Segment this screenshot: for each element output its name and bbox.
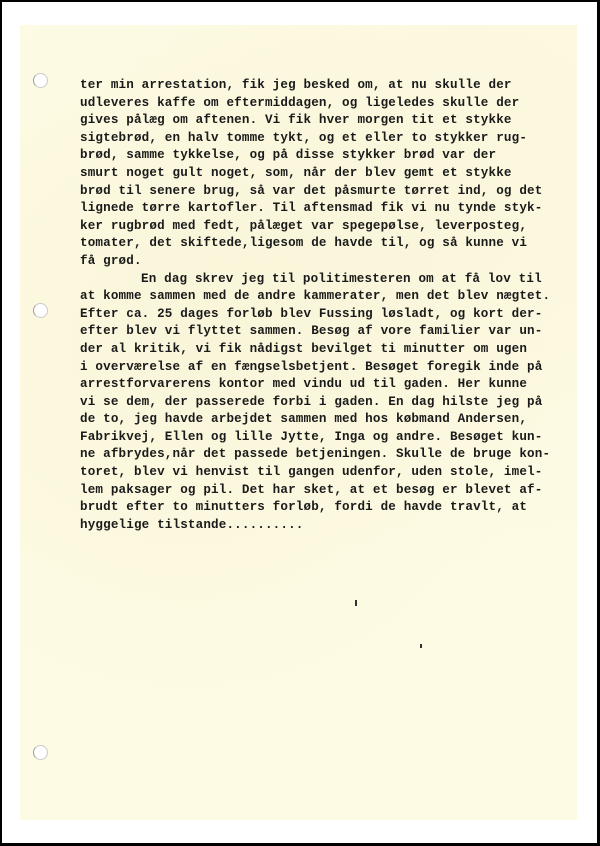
paragraph-2: En dag skrev jeg til politimesteren om a… <box>80 271 550 535</box>
text-line: smurt noget gult noget, som, når der ble… <box>80 165 550 183</box>
text-line: brød til senere brug, så var det påsmurt… <box>80 183 550 201</box>
text-line: gives pålæg om aftenen. Vi fik hver morg… <box>80 112 550 130</box>
text-line: brød, samme tykkelse, og på disse stykke… <box>80 147 550 165</box>
text-line: i overværelse af en fængselsbetjent. Bes… <box>80 359 550 377</box>
text-line: lignede tørre kartofler. Til aftensmad f… <box>80 200 550 218</box>
text-line: toret, blev vi henvist til gangen udenfo… <box>80 464 550 482</box>
text-line: der al kritik, vi fik nådigst bevilget t… <box>80 341 550 359</box>
text-line: ne afbrydes,når det passede betjeningen.… <box>80 446 550 464</box>
punch-hole-middle <box>33 303 48 318</box>
text-line: Efter ca. 25 dages forløb blev Fussing l… <box>80 306 550 324</box>
text-line: de to, jeg havde arbejdet sammen med hos… <box>80 411 550 429</box>
text-line: lem paksager og pil. Det har sket, at et… <box>80 482 550 500</box>
text-line: hyggelige tilstande.......... <box>80 517 550 535</box>
text-line: at komme sammen med de andre kammerater,… <box>80 288 550 306</box>
paper-speck <box>420 644 422 648</box>
text-line: efter blev vi flyttet sammen. Besøg af v… <box>80 323 550 341</box>
text-line-indented: En dag skrev jeg til politimesteren om a… <box>80 271 550 289</box>
punch-hole-bottom <box>33 745 48 760</box>
text-line: få grød. <box>80 253 550 271</box>
text-line: tomater, det skiftede,ligesom de havde t… <box>80 235 550 253</box>
typewritten-text: ter min arrestation, fik jeg besked om, … <box>80 77 550 534</box>
paper-speck <box>355 600 357 606</box>
text-line: Fabrikvej, Ellen og lille Jytte, Inga og… <box>80 429 550 447</box>
paragraph-1: ter min arrestation, fik jeg besked om, … <box>80 77 550 271</box>
text-line: udleveres kaffe om eftermiddagen, og lig… <box>80 95 550 113</box>
punch-hole-top <box>33 73 48 88</box>
text-line: ter min arrestation, fik jeg besked om, … <box>80 77 550 95</box>
text-line: sigtebrød, en halv tomme tykt, og et ell… <box>80 130 550 148</box>
text-line: arrestforvarerens kontor med vindu ud ti… <box>80 376 550 394</box>
text-line: brudt efter to minutters forløb, fordi d… <box>80 499 550 517</box>
text-line: ker rugbrød med fedt, pålæget var spegep… <box>80 218 550 236</box>
text-line: vi se dem, der passerede forbi i gaden. … <box>80 394 550 412</box>
